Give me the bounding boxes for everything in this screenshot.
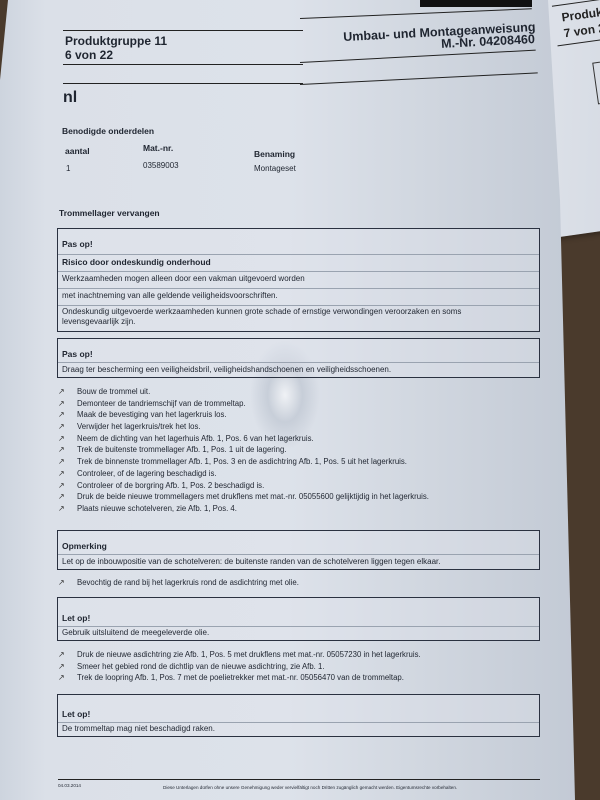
divider <box>58 254 539 255</box>
warning-line: levensgevaarlijk zijn. <box>62 317 135 326</box>
footer-disclaimer: Diese Unterlagen dürfen ohne unsere Gene… <box>163 785 457 790</box>
page-indicator: 6 von 22 <box>65 48 113 62</box>
header-rule-top-right <box>300 8 532 19</box>
warning-title: Pas op! <box>62 349 93 359</box>
header-black-tab <box>420 0 532 7</box>
step-text: Controleer of de borgring Afb. 1, Pos. 2… <box>77 481 264 490</box>
step-text: Trek de binnenste trommellager Afb. 1, P… <box>77 457 407 466</box>
wrench-icon: ↗ <box>58 504 70 513</box>
product-group: Produktgruppe 11 <box>65 34 167 48</box>
language-rule <box>63 83 303 84</box>
note-box: Opmerking Let op de inbouwpositie van de… <box>57 530 540 570</box>
caution-box-oil: Let op! Gebruik uitsluitend de meegeleve… <box>57 597 540 641</box>
warning-text: Draag ter bescherming een veiligheidsbri… <box>62 365 391 374</box>
step-text: Demonteer de tandriemschijf van de tromm… <box>77 399 246 408</box>
step-text: Druk de beide nieuwe trommellagers met d… <box>77 492 429 501</box>
parts-row-aantal: 1 <box>66 164 70 173</box>
language-rule-right <box>300 72 538 85</box>
warning-subtitle: Risico door ondeskundig onderhoud <box>62 257 211 267</box>
caution-box-drum-shaft: Let op! De trommeltap mag niet beschadig… <box>57 694 540 737</box>
caution-title: Let op! <box>62 709 90 719</box>
wrench-icon: ↗ <box>58 469 70 478</box>
wrench-icon: ↗ <box>58 578 70 587</box>
caution-title: Let op! <box>62 613 90 623</box>
parts-row-matnr: 03589003 <box>143 161 179 170</box>
divider <box>58 626 539 627</box>
caution-text: Gebruik uitsluitend de meegeleverde olie… <box>62 628 209 637</box>
divider <box>58 554 539 555</box>
document-page: Produktgruppe 11 6 von 22 Umbau- und Mon… <box>0 0 575 800</box>
step-text: Druk de nieuwe asdichtring zie Afb. 1, P… <box>77 650 421 659</box>
step-text: Trek de loopring Afb. 1, Pos. 7 met de p… <box>77 673 404 682</box>
wrench-icon: ↗ <box>58 399 70 408</box>
wrench-icon: ↗ <box>58 492 70 501</box>
next-page-box <box>592 54 600 104</box>
step-text: Verwijder het lagerkruis/trek het los. <box>77 422 201 431</box>
wrench-icon: ↗ <box>58 410 70 419</box>
wrench-icon: ↗ <box>58 457 70 466</box>
note-text: Let op de inbouwpositie van de schotelve… <box>62 557 441 566</box>
section-title: Trommellager vervangen <box>59 208 160 218</box>
wrench-icon: ↗ <box>58 422 70 431</box>
step-text: Smeer het gebied rond de dichtlip van de… <box>77 662 325 671</box>
footer-rule <box>58 779 540 780</box>
warning-line: met inachtneming van alle geldende veili… <box>62 291 278 300</box>
step-text: Controleer, of de lagering beschadigd is… <box>77 469 217 478</box>
language-code: nl <box>63 89 77 107</box>
step-text: Bevochtig de rand bij het lagerkruis ron… <box>77 578 299 587</box>
wrench-icon: ↗ <box>58 662 70 671</box>
wrench-icon: ↗ <box>58 445 70 454</box>
wrench-icon: ↗ <box>58 650 70 659</box>
step-text: Maak de bevestiging van het lagerkruis l… <box>77 410 227 419</box>
parts-col-matnr: Mat.-nr. <box>143 143 173 153</box>
header-rule-bottom <box>63 64 303 65</box>
divider <box>58 271 539 272</box>
divider <box>58 288 539 289</box>
parts-row-benaming: Montageset <box>254 164 296 173</box>
parts-title: Benodigde onderdelen <box>62 126 154 136</box>
warning-line: Werkzaamheden mogen alleen door een vakm… <box>62 274 305 283</box>
wrench-icon: ↗ <box>58 434 70 443</box>
warning-line: Ondeskundig uitgevoerde werkzaamheden ku… <box>62 307 461 316</box>
step-text: Plaats nieuwe schotelveren, zie Afb. 1, … <box>77 504 237 513</box>
divider <box>58 362 539 363</box>
parts-col-benaming: Benaming <box>254 149 295 159</box>
step-text: Trek de buitenste trommellager Afb. 1, P… <box>77 445 286 454</box>
wrench-icon: ↗ <box>58 481 70 490</box>
wrench-icon: ↗ <box>58 673 70 682</box>
warning-title: Pas op! <box>62 239 93 249</box>
warning-box-protection: Pas op! Draag ter bescherming een veilig… <box>57 338 540 378</box>
header-rule-bottom-right <box>300 50 536 63</box>
step-text: Bouw de trommel uit. <box>77 387 150 396</box>
header-rule-top <box>63 30 303 31</box>
note-title: Opmerking <box>62 541 107 551</box>
caution-text: De trommeltap mag niet beschadigd raken. <box>62 724 215 733</box>
footer-date: 04.03.2014 <box>58 783 81 788</box>
warning-box-risk: Pas op! Risico door ondeskundig onderhou… <box>57 228 540 332</box>
divider <box>58 305 539 306</box>
step-text: Neem de dichting van het lagerhuis Afb. … <box>77 434 314 443</box>
divider <box>58 722 539 723</box>
parts-col-aantal: aantal <box>65 146 90 156</box>
wrench-icon: ↗ <box>58 387 70 396</box>
